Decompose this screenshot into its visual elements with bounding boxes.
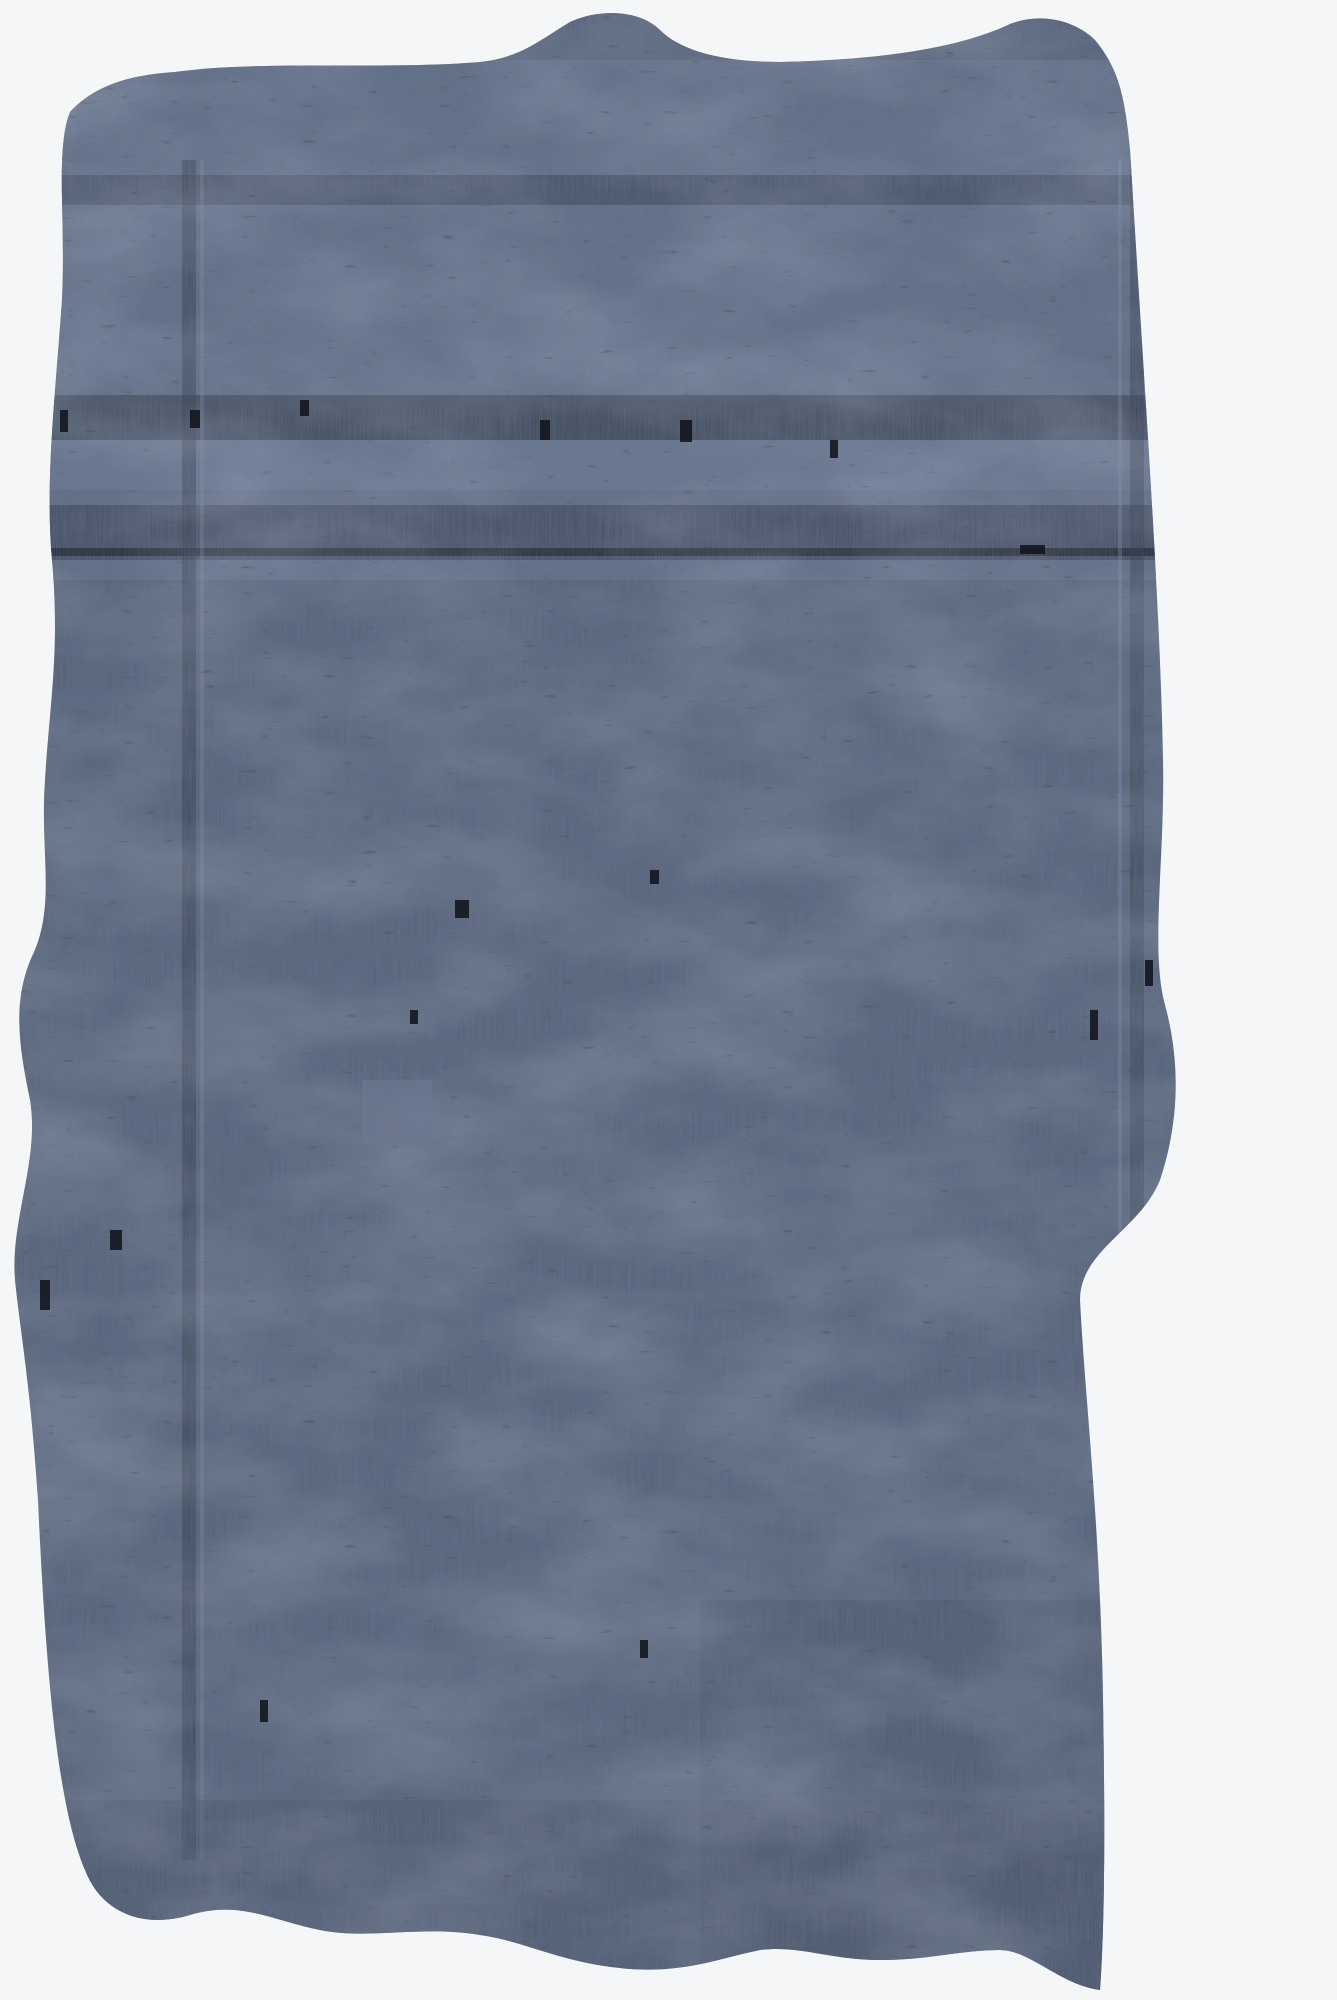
rug-body xyxy=(0,0,1337,2000)
photo-stage xyxy=(0,0,1337,2000)
rug-image xyxy=(0,0,1337,2000)
